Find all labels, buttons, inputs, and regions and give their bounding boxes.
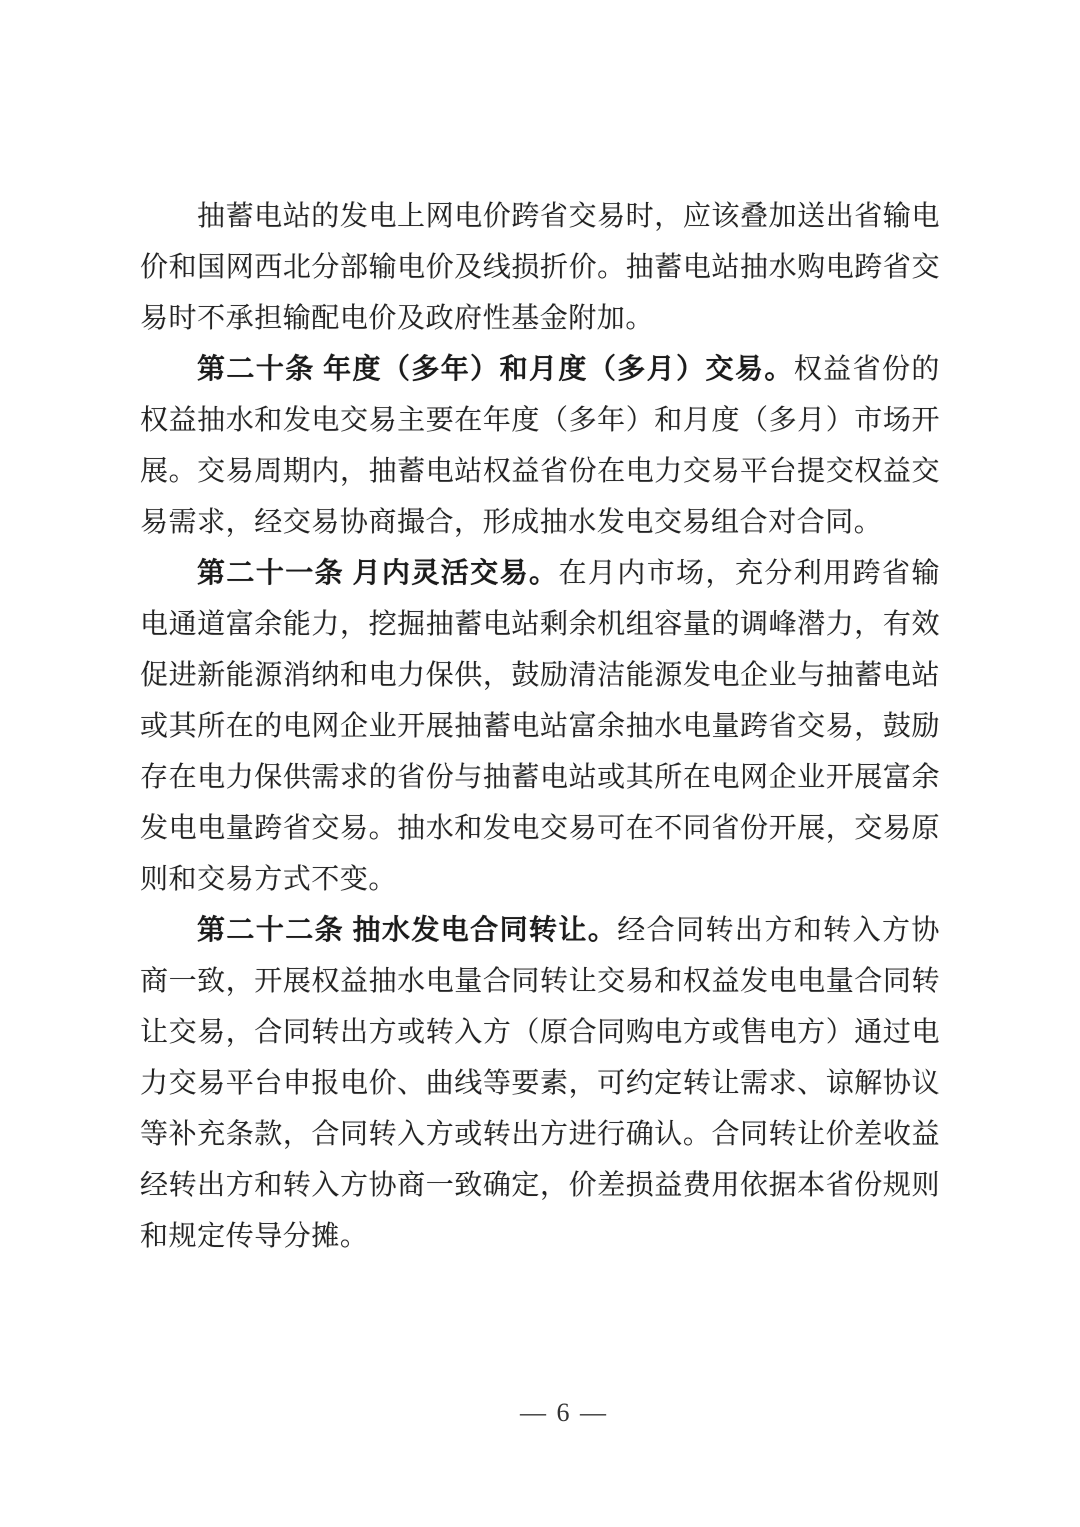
paragraph: 第二十条 年度（多年）和月度（多月）交易。权益省份的权益抽水和发电交易主要在年度… <box>140 344 940 548</box>
body-text: 在月内市场，充分利用跨省输电通道富余能力，挖掘抽蓄电站剩余机组容量的调峰潜力，有… <box>140 558 940 895</box>
page-footer: — 6 — <box>0 1398 1080 1428</box>
body-text: 经合同转出方和转入方协商一致，开展权益抽水电量合同转让交易和权益发电电量合同转让… <box>140 915 940 1252</box>
document-body: 抽蓄电站的发电上网电价跨省交易时，应该叠加送出省输电价和国网西北分部输电价及线损… <box>140 191 940 1262</box>
document-page: 抽蓄电站的发电上网电价跨省交易时，应该叠加送出省输电价和国网西北分部输电价及线损… <box>0 0 1080 1527</box>
body-text: 抽蓄电站的发电上网电价跨省交易时，应该叠加送出省输电价和国网西北分部输电价及线损… <box>140 201 940 334</box>
article-heading: 第二十一条 月内灵活交易。 <box>197 558 558 589</box>
paragraph: 第二十二条 抽水发电合同转让。经合同转出方和转入方协商一致，开展权益抽水电量合同… <box>140 905 940 1262</box>
article-heading: 第二十条 年度（多年）和月度（多月）交易。 <box>197 354 794 385</box>
paragraph: 第二十一条 月内灵活交易。在月内市场，充分利用跨省输电通道富余能力，挖掘抽蓄电站… <box>140 548 940 905</box>
article-heading: 第二十二条 抽水发电合同转让。 <box>197 915 617 946</box>
paragraph: 抽蓄电站的发电上网电价跨省交易时，应该叠加送出省输电价和国网西北分部输电价及线损… <box>140 191 940 344</box>
page-number: — 6 — <box>520 1398 608 1427</box>
